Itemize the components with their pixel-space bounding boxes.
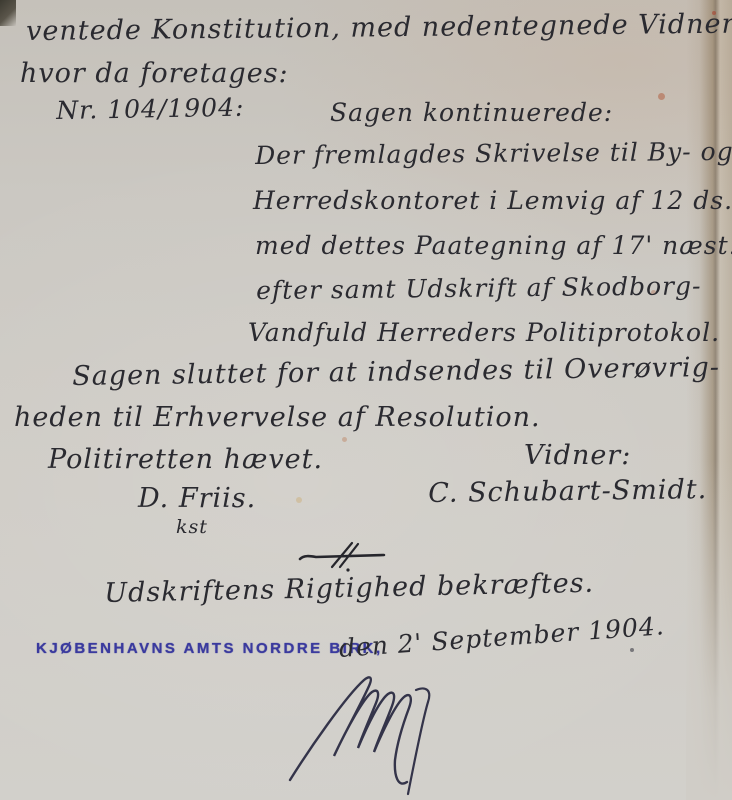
- page-edge-fade: [686, 460, 732, 800]
- body-line-4: efter samt Udskrift af Skodborg-: [256, 271, 702, 305]
- ink-speck: [630, 648, 634, 652]
- body-line-2: Herredskontoret i Lemvig af 12 ds.: [253, 186, 732, 215]
- foxing-spot: [296, 497, 302, 503]
- document-page: ventede Konstitution, med nedentegnede V…: [0, 0, 732, 800]
- court-closed-line: Politiretten hævet.: [48, 444, 323, 475]
- corner-shadow: [0, 0, 16, 26]
- opening-line-2: hvor da foretages:: [20, 58, 289, 89]
- signature-note-left: kst: [176, 516, 208, 538]
- certification-line: Udskriftens Rigtighed bekræftes.: [104, 568, 594, 609]
- signature: [276, 668, 486, 800]
- body-line-5: Vandfuld Herreders Politiprotokol.: [248, 318, 720, 347]
- body-line-1: Der fremlagdes Skrivelse til By- og: [255, 137, 732, 170]
- opening-line-1: ventede Konstitution, med nedentegnede V…: [26, 9, 732, 47]
- case-number: Nr. 104/1904:: [56, 93, 245, 125]
- closing-line-1: Sagen sluttet for at indsendes til Overø…: [72, 352, 720, 392]
- section-divider-mark: [296, 540, 392, 574]
- body-line-3: med dettes Paategning af 17' næst.: [255, 231, 732, 260]
- signature-name-right: C. Schubart-Smidt.: [428, 474, 707, 509]
- foxing-spot: [342, 437, 347, 442]
- office-stamp: KJØBENHAVNS AMTS NORDRE BIRK,: [36, 640, 383, 657]
- closing-line-2: heden til Erhvervelse af Resolution.: [14, 402, 541, 433]
- case-heading: Sagen kontinuerede:: [330, 98, 613, 127]
- foxing-spot: [658, 93, 665, 100]
- date-line: den 2' September 1904.: [338, 611, 666, 663]
- witnesses-label: Vidner:: [524, 440, 631, 471]
- signature-name-left: D. Friis.: [138, 483, 256, 514]
